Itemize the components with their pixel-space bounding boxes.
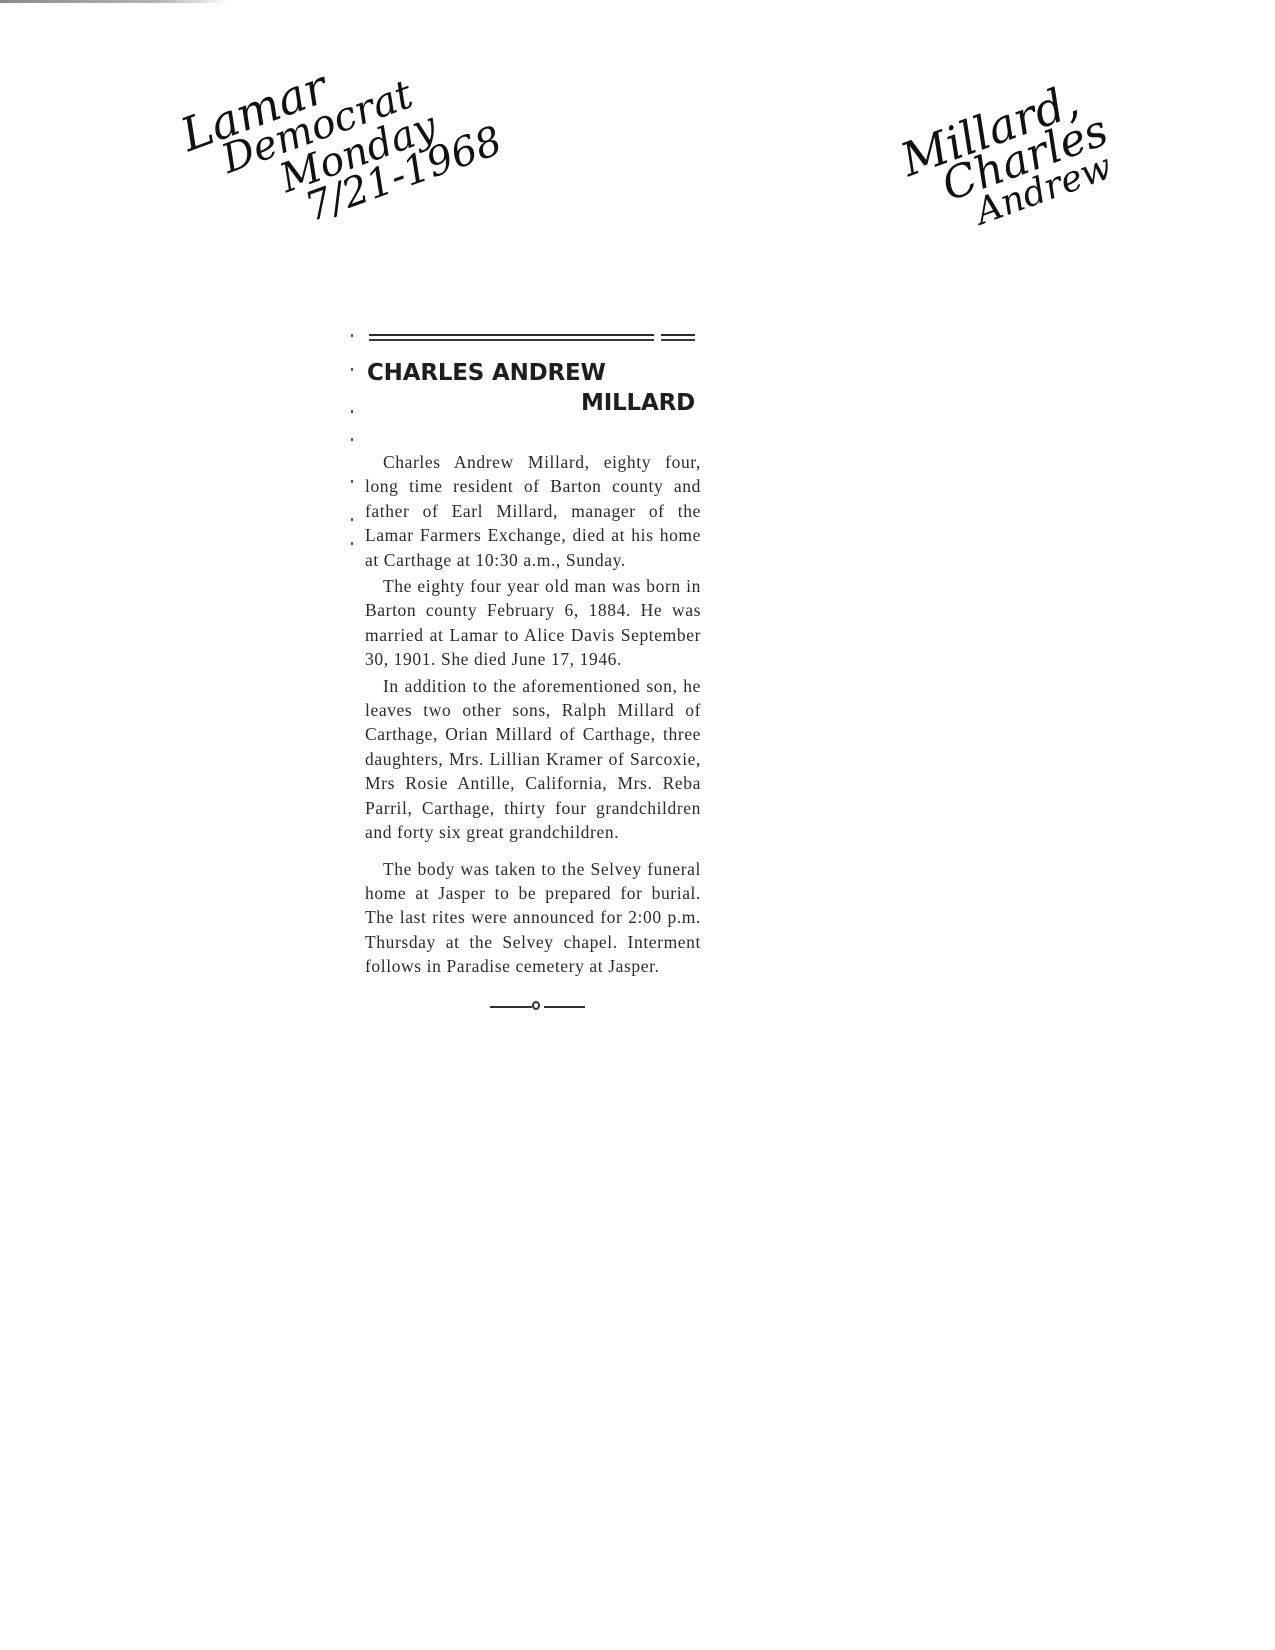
rule-short [661, 334, 695, 336]
ornament-ring [532, 1001, 540, 1010]
clipping-edge-marks [348, 330, 356, 570]
handwritten-name-note: Millard, Charles Andrew [895, 71, 1124, 249]
paragraph-survivors: In addition to the aforementioned son, h… [365, 674, 701, 845]
rule-long [369, 334, 654, 336]
end-ornament [490, 1001, 585, 1013]
obituary-headline: CHARLES ANDREW MILLARD [365, 358, 727, 418]
paragraph-death-notice: Charles Andrew Millard, eighty four, lon… [365, 450, 701, 572]
paragraph-funeral: The body was taken to the Selvey funeral… [365, 857, 701, 979]
obituary-body: Charles Andrew Millard, eighty four, lon… [365, 450, 701, 979]
scan-edge-artifact [0, 0, 230, 3]
headline-line-2: MILLARD [365, 388, 727, 418]
handwritten-source-note: Lamar Democrat Monday 7/21-1968 [175, 13, 507, 259]
headline-line-1: CHARLES ANDREW [365, 358, 727, 388]
paragraph-biography: The eighty four year old man was born in… [365, 574, 701, 672]
newspaper-clipping: CHARLES ANDREW MILLARD Charles Andrew Mi… [365, 330, 727, 1013]
headline-rule [365, 330, 727, 344]
